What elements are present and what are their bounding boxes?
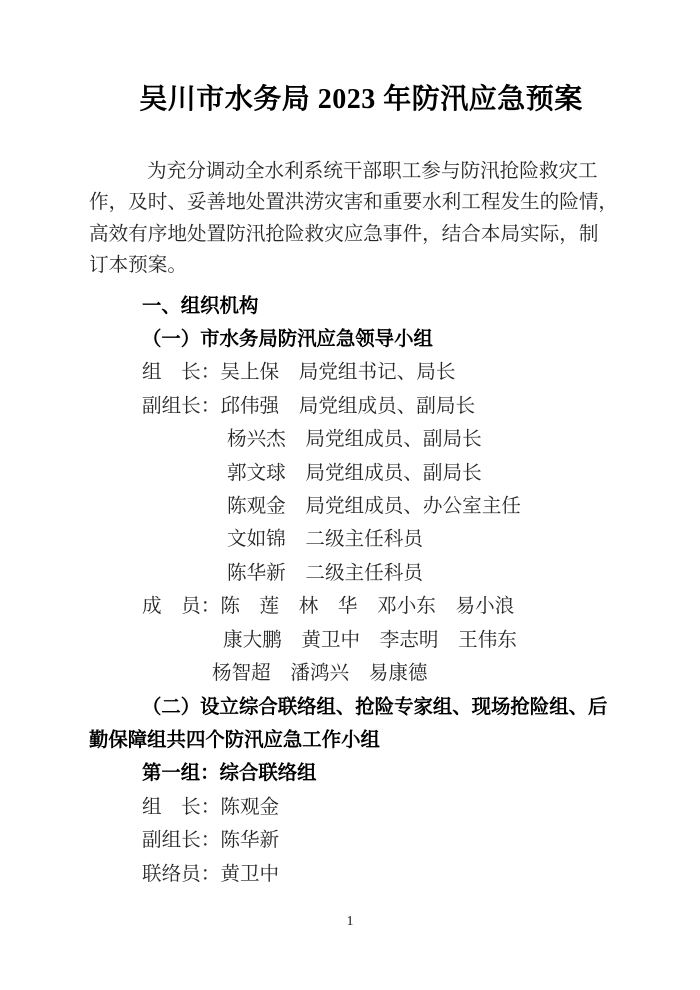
subsection-heading-work-groups: （二）设立综合联络组、抢险专家组、现场抢险组、后: [142, 691, 611, 724]
subsection-heading-leader-group: （一）市水务局防汛应急领导小组: [142, 323, 611, 356]
role-line-members-continued: 康大鹏 黄卫中 李志明 王伟东: [223, 624, 611, 657]
intro-line: 为充分调动全水利系统干部职工参与防汛抢险救灾工: [147, 156, 611, 187]
section-heading-organization: 一、组织机构: [142, 290, 611, 323]
subsection-heading-work-groups-continued: 勤保障组共四个防汛应急工作小组: [89, 724, 611, 757]
role-line-group-one-leader: 组 长：陈观金: [142, 791, 611, 824]
role-line-group-leader: 组 长：吴上保 局党组书记、局长: [142, 356, 611, 389]
role-line-deputy-continued: 杨兴杰 局党组成员、副局长: [227, 423, 611, 456]
intro-line: 订本预案。: [89, 250, 611, 281]
role-line-group-one-liaison: 联络员：黄卫中: [142, 858, 611, 891]
group-one-heading: 第一组：综合联络组: [142, 757, 611, 790]
role-line-members-continued: 杨智超 潘鸿兴 易康德: [212, 657, 611, 690]
intro-paragraph: 为充分调动全水利系统干部职工参与防汛抢险救灾工 作，及时、妥善地处置洪涝灾害和重…: [89, 156, 611, 282]
intro-line: 作，及时、妥善地处置洪涝灾害和重要水利工程发生的险情，: [89, 187, 611, 218]
role-line-deputy-continued: 郭文球 局党组成员、副局长: [227, 457, 611, 490]
role-line-group-one-deputy: 副组长：陈华新: [142, 824, 611, 857]
role-line-deputy-leader: 副组长：邱伟强 局党组成员、副局长: [142, 390, 611, 423]
page-number: 1: [0, 913, 700, 929]
document-page: 吴川市水务局 2023 年防汛应急预案 为充分调动全水利系统干部职工参与防汛抢险…: [0, 0, 700, 990]
role-line-deputy-continued: 陈华新 二级主任科员: [227, 557, 611, 590]
role-line-deputy-continued: 文如锦 二级主任科员: [227, 523, 611, 556]
role-line-members: 成 员：陈 莲 林 华 邓小东 易小浪: [142, 590, 611, 623]
intro-line: 高效有序地处置防汛抢险救灾应急事件，结合本局实际，制: [89, 219, 611, 250]
document-body: 一、组织机构 （一）市水务局防汛应急领导小组 组 长：吴上保 局党组书记、局长 …: [89, 290, 611, 891]
document-title: 吴川市水务局 2023 年防汛应急预案: [89, 0, 611, 120]
role-line-deputy-continued: 陈观金 局党组成员、办公室主任: [227, 490, 611, 523]
document-content: 吴川市水务局 2023 年防汛应急预案 为充分调动全水利系统干部职工参与防汛抢险…: [89, 0, 611, 891]
